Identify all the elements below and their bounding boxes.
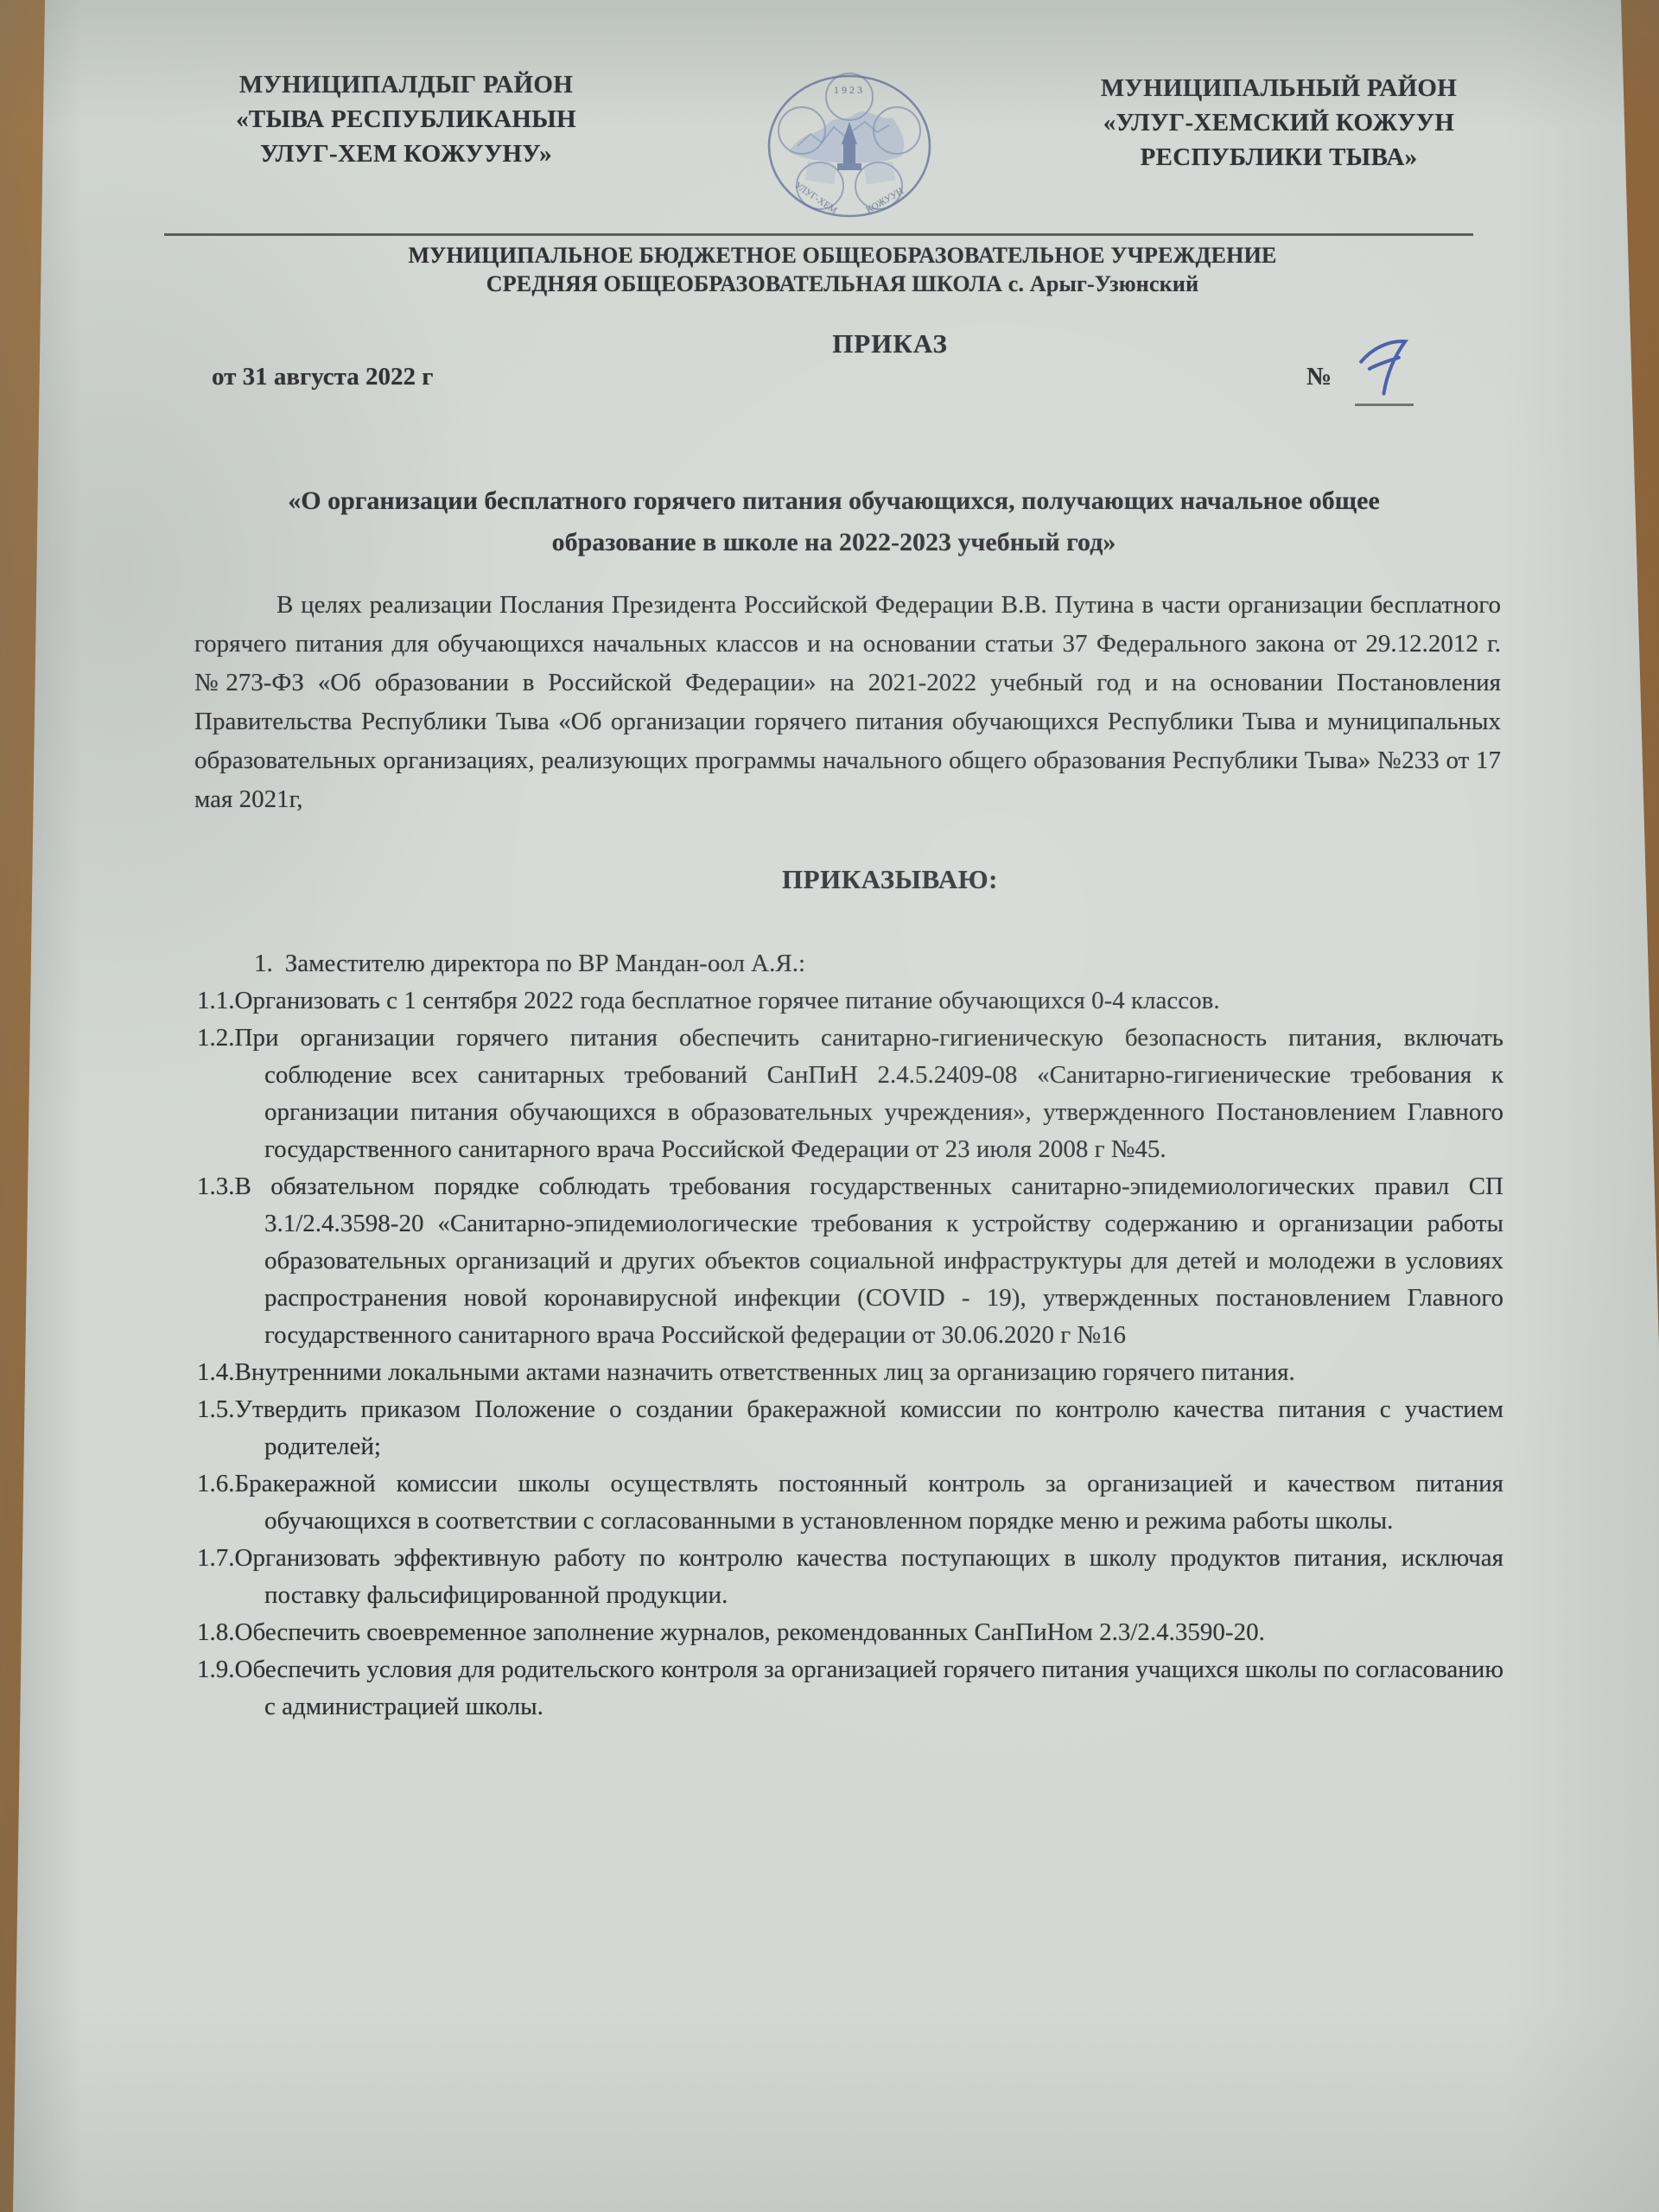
order-items-list: 1.Заместителю директора по ВР Мандан-оол… [197, 945, 1503, 1726]
item-number: 1.4. [197, 1358, 235, 1386]
scanned-document-photo: МУНИЦИПАЛДЫГ РАЙОН «ТЫВА РЕСПУБЛИКАНЫН У… [0, 0, 1659, 2212]
order-item: 1.4.Внутренними локальными актами назнач… [197, 1354, 1503, 1391]
order-command-word: ПРИКАЗЫВАЮ: [276, 864, 1503, 895]
handwritten-order-number [1350, 327, 1426, 411]
organization-name: МУНИЦИПАЛЬНОЕ БЮДЖЕТНОЕ ОБЩЕОБРАЗОВАТЕЛЬ… [173, 241, 1512, 298]
order-item: 1.6.Бракеражной комиссии школы осуществл… [197, 1465, 1503, 1540]
item-text: Внутренними локальными актами назначить … [235, 1358, 1295, 1386]
seal-year: 1923 [834, 84, 865, 96]
item-number: 1.8. [197, 1618, 235, 1646]
letterhead-russian-line3: РЕСПУБЛИКИ ТЫВА» [1028, 140, 1529, 175]
letterhead-russian: МУНИЦИПАЛЬНЫЙ РАЙОН «УЛУГ-ХЕМСКИЙ КОЖУУН… [1028, 71, 1529, 175]
document-type-title: ПРИКАЗ [276, 328, 1503, 359]
organization-name-line1: МУНИЦИПАЛЬНОЕ БЮДЖЕТНОЕ ОБЩЕОБРАЗОВАТЕЛЬ… [173, 241, 1512, 270]
letterhead-tuvan-line1: МУНИЦИПАЛДЫГ РАЙОН [164, 67, 648, 102]
item-text: Обеспечить условия для родительского кон… [235, 1656, 1504, 1720]
item-number: 1.2. [197, 1024, 235, 1052]
item-text: Обеспечить своевременное заполнение журн… [235, 1618, 1265, 1646]
order-item: 1.2.При организации горячего питания обе… [197, 1020, 1503, 1168]
item-number: 1.5. [197, 1395, 235, 1423]
letterhead-tuvan-line3: УЛУГ-ХЕМ КОЖУУНУ» [164, 137, 648, 171]
letterhead-tuvan-line2: «ТЫВА РЕСПУБЛИКАНЫН [164, 102, 648, 137]
order-item: 1.Заместителю директора по ВР Мандан-оол… [254, 945, 1503, 982]
item-text: Бракеражной комиссии школы осуществлять … [235, 1470, 1504, 1535]
item-text: Заместителю директора по ВР Мандан-оол А… [285, 950, 805, 977]
letterhead-russian-line2: «УЛУГ-ХЕМСКИЙ КОЖУУН [1028, 105, 1529, 140]
letterhead-divider [164, 233, 1473, 236]
letterhead-russian-line1: МУНИЦИПАЛЬНЫЙ РАЙОН [1028, 71, 1529, 105]
municipal-seal-stamp: 1923 УЛУГ-ХЕМ КОЖУУН [763, 70, 936, 222]
item-text: В обязательном порядке соблюдать требова… [235, 1173, 1504, 1349]
item-number: 1.3. [197, 1173, 235, 1200]
seal-emblem-icon: 1923 УЛУГ-ХЕМ КОЖУУН [763, 70, 936, 222]
item-number: 1. [254, 950, 273, 977]
order-item: 1.7.Организовать эффективную работу по к… [197, 1540, 1503, 1614]
order-date: от 31 августа 2022 г [212, 363, 433, 391]
order-preamble: В целях реализации Послания Президента Р… [194, 586, 1501, 819]
organization-name-line2: СРЕДНЯЯ ОБЩЕОБРАЗОВАТЕЛЬНАЯ ШКОЛА с. Ары… [173, 270, 1512, 298]
order-item: 1.1.Организовать с 1 сентября 2022 года … [197, 982, 1503, 1020]
order-subject: «О организации бесплатного горячего пита… [229, 480, 1439, 563]
order-item: 1.3.В обязательном порядке соблюдать тре… [197, 1168, 1503, 1354]
order-item: 1.5.Утвердить приказом Положение о созда… [197, 1391, 1503, 1465]
item-text: Организовать с 1 сентября 2022 года бесп… [235, 987, 1220, 1014]
order-item: 1.8.Обеспечить своевременное заполнение … [197, 1614, 1503, 1651]
item-number: 1.6. [197, 1470, 235, 1497]
order-number-sign: № [1306, 363, 1332, 391]
item-text: Утвердить приказом Положение о создании … [235, 1395, 1504, 1460]
letterhead-tuvan: МУНИЦИПАЛДЫГ РАЙОН «ТЫВА РЕСПУБЛИКАНЫН У… [164, 67, 648, 171]
order-item: 1.9.Обеспечить условия для родительского… [197, 1651, 1503, 1726]
item-number: 1.9. [197, 1656, 235, 1683]
pen-stroke-icon [1350, 327, 1426, 411]
order-number-underline [1355, 404, 1414, 406]
item-text: При организации горячего питания обеспеч… [235, 1024, 1504, 1163]
item-text: Организовать эффективную работу по контр… [235, 1544, 1504, 1609]
item-number: 1.7. [197, 1544, 235, 1572]
item-number: 1.1. [197, 987, 235, 1014]
